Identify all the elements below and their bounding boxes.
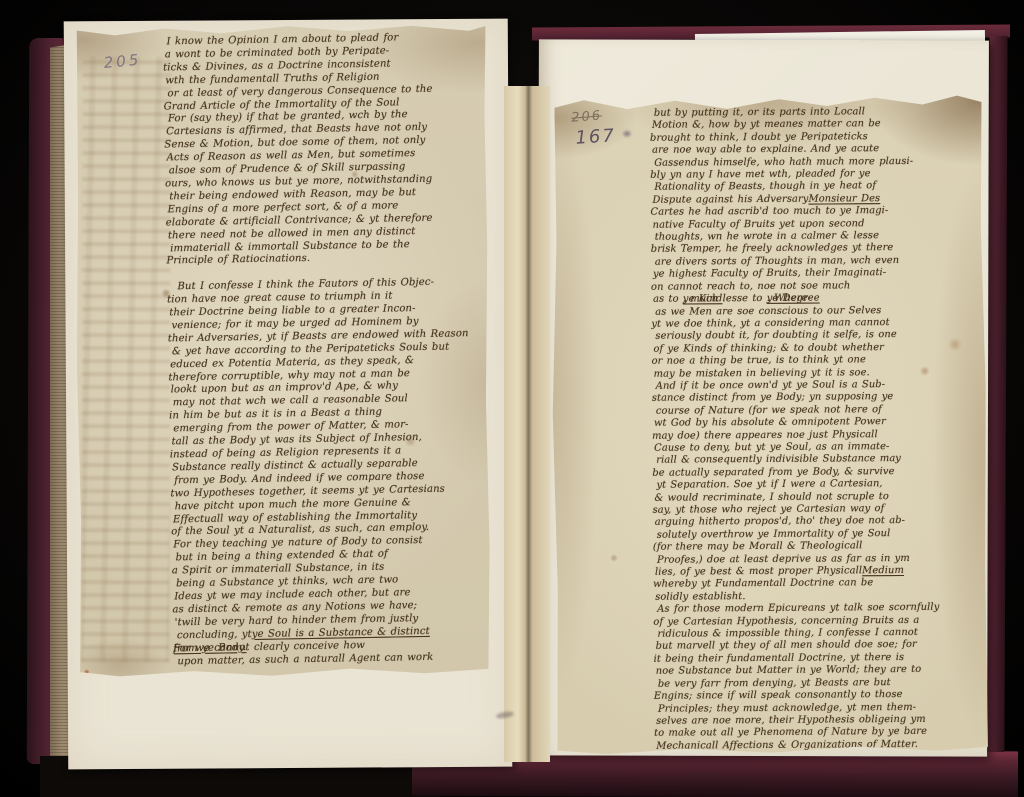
right-manuscript-leaf: 206 167 but by putting it, or its parts …: [549, 94, 989, 756]
right-manuscript-text: but by putting it, or its parts into Loc…: [652, 105, 986, 752]
manuscript-book-photo: 205 I know the Opinion I am about to ple…: [0, 0, 1024, 797]
ink-blot: [621, 129, 632, 138]
manuscript-line: As for those modern Epicureans yt talk s…: [657, 602, 985, 617]
left-manuscript-text: I know the Opinion I am about to plead f…: [164, 31, 489, 669]
right-page-number-crossed-out: 206: [571, 108, 603, 125]
left-manuscript-leaf: 205 I know the Opinion I am about to ple…: [73, 23, 490, 678]
book-cover-right-edge: [986, 36, 1007, 752]
gutter-fold: [504, 86, 550, 762]
left-page-number-pencil: 205: [103, 50, 142, 71]
right-page-number-pencil: 167: [575, 125, 617, 148]
show-through-writing: [81, 56, 171, 662]
